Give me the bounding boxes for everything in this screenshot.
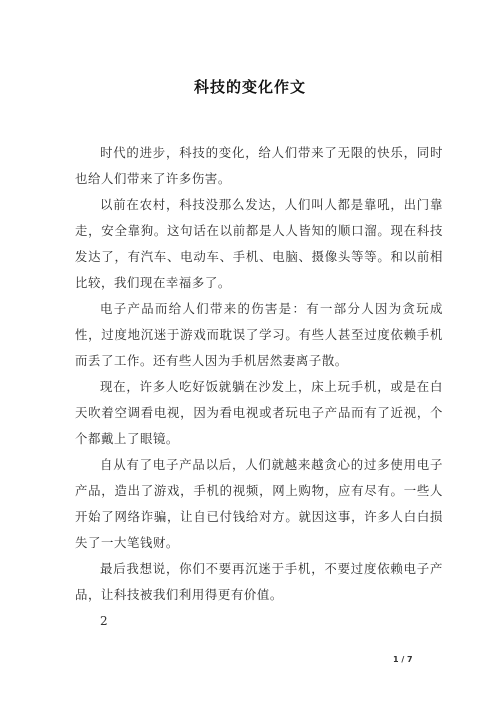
paragraph-1: 时代的进步，科技的变化，给人们带来了无限的快乐，同时也给人们带来了许多伤害。	[75, 140, 443, 192]
inline-page-number: 2	[75, 608, 443, 634]
paragraph-5: 自从有了电子产品以后，人们就越来越贪心的过多使用电子产品，造出了游戏，手机的视频…	[75, 452, 443, 556]
paragraph-6: 最后我想说，你们不要再沉迷于手机，不要过度依赖电子产品，让科技被我们利用得更有价…	[75, 556, 443, 608]
paragraph-4: 现在，许多人吃好饭就躺在沙发上，床上玩手机，或是在白天吹着空调看电视，因为看电视…	[75, 374, 443, 452]
paragraph-2: 以前在农村，科技没那么发达，人们叫人都是靠吼，出门靠走，安全靠狗。这句话在以前都…	[75, 192, 443, 296]
page-indicator: 1 / 7	[393, 655, 413, 664]
document-title: 科技的变化作文	[0, 76, 500, 97]
document-body: 时代的进步，科技的变化，给人们带来了无限的快乐，同时也给人们带来了许多伤害。 以…	[75, 140, 443, 634]
paragraph-3: 电子产品而给人们带来的伤害是：有一部分人因为贪玩成性，过度地沉迷于游戏而耽误了学…	[75, 296, 443, 374]
